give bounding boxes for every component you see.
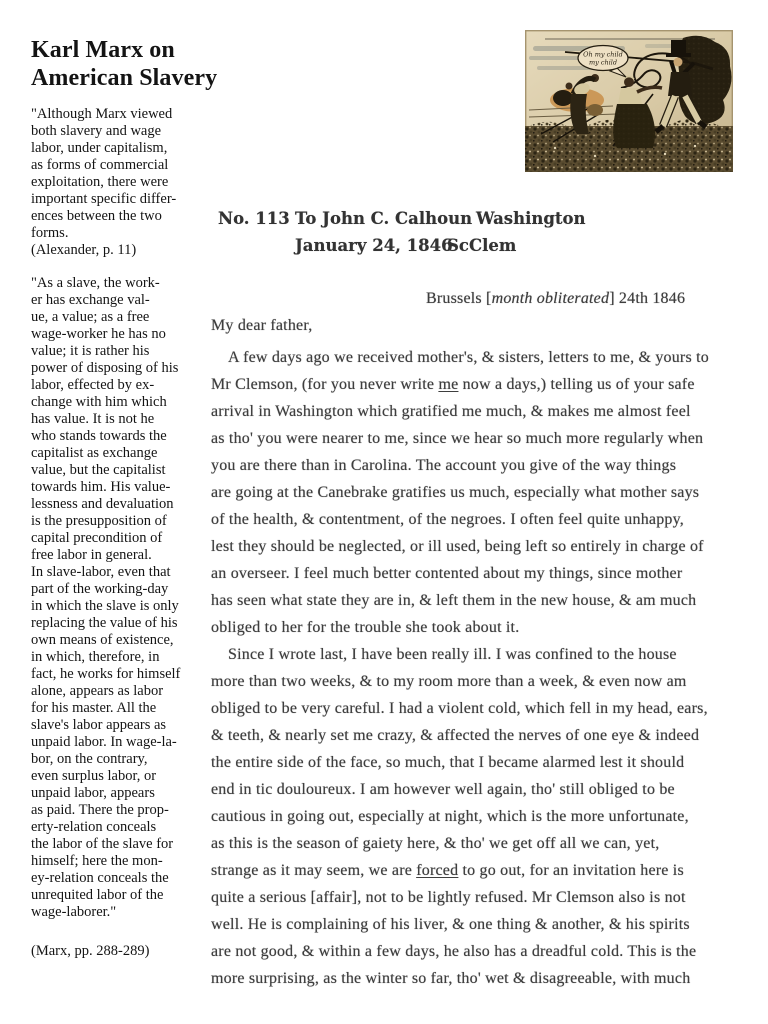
letter-date: January 24, 1846 [295,236,453,255]
letter-line: more than two weeks, & to my room more t… [211,668,768,695]
letter-text: lest they should be neglected, or ill us… [211,538,704,555]
letter-text: as this is the season of gaiety here, & … [211,835,659,852]
speech-bubble-line1: Oh my child [583,51,623,59]
letter-text: well. He is complaining of his liver, & … [211,916,690,933]
letter-source-code: ScClem [447,236,516,255]
dateline-rest: ] 24th 1846 [609,290,685,307]
letter-line: A few days ago we received mother's, & s… [211,344,768,371]
letter-salutation: My dear father, [211,317,312,335]
letter-text: the entire side of the face, so much, th… [211,754,684,771]
letter-line: Since I wrote last, I have been really i… [211,641,768,668]
citation-marx: (Marx, pp. 288-289) [31,943,213,960]
citation-alexander: (Alexander, p. 11) [31,242,213,259]
letter-line: quite a serious [affair], not to be ligh… [211,884,768,911]
page-title: Karl Marx on American Slavery [31,36,213,92]
letter-text: now a days,) telling us of your safe [458,376,694,393]
dateline-obliterated: month obliterated [492,290,610,307]
letter-text: Mr Clemson, (for you never write [211,376,438,393]
letter-text: to go out, for an invitation here is [458,862,684,879]
letter-line: has seen what state they are in, & left … [211,587,768,614]
letter-line: arrival in Washington which gratified me… [211,398,768,425]
letter-text: of the health, & contentment, of the neg… [211,511,684,528]
letter-text: A few days ago we received mother's, & s… [228,349,709,366]
letter-line: obliged to her for the trouble she took … [211,614,768,641]
sidebar: Karl Marx on American Slavery "Although … [31,36,213,960]
letter-place: Washington [476,209,586,228]
letter-text: as tho' you were nearer to me, since we … [211,430,703,447]
letter-line: obliged to be very careful. I had a viol… [211,695,768,722]
letter-text: obliged to her for the trouble she took … [211,619,519,636]
letter-line: well. He is complaining of his liver, & … [211,911,768,938]
dateline-place: Brussels [ [426,290,492,307]
engraving-svg: Oh my child my child [525,30,733,172]
letter-text: are going at the Canebrake gratifies us … [211,484,699,501]
letter-text: obliged to be very careful. I had a viol… [211,700,708,717]
underlined-word: forced [416,862,458,879]
letter-line: an overseer. I feel much better contente… [211,560,768,587]
letter-number: No. 113 [218,209,290,228]
letter-line: Mr Clemson, (for you never write me now … [211,371,768,398]
letter-dateline: Brussels [month obliterated] 24th 1846 [426,290,685,308]
letter-line: more surprising, as the winter so far, t… [211,965,768,992]
letter-text: are not good, & within a few days, he al… [211,943,696,960]
letter-text: arrival in Washington which gratified me… [211,403,691,420]
letter-body: A few days ago we received mother's, & s… [211,344,768,992]
letter-text: Since I wrote last, I have been really i… [228,646,677,663]
letter-text: cautious in going out, especially at nig… [211,808,689,825]
slavery-engraving-image: Oh my child my child [525,30,733,172]
letter-text: an overseer. I feel much better contente… [211,565,682,582]
speech-bubble-line2: my child [589,59,617,67]
letter-text: quite a serious [affair], not to be ligh… [211,889,686,906]
letter-recipient: To John C. Calhoun [295,209,472,228]
letter-line: as this is the season of gaiety here, & … [211,830,768,857]
letter-line: strange as it may seem, we are forced to… [211,857,768,884]
letter-line: the entire side of the face, so much, th… [211,749,768,776]
letter-text: more surprising, as the winter so far, t… [211,970,690,987]
letter-line: of the health, & contentment, of the neg… [211,506,768,533]
letter-line: lest they should be neglected, or ill us… [211,533,768,560]
letter-line: are not good, & within a few days, he al… [211,938,768,965]
letter-line: you are there than in Carolina. The acco… [211,452,768,479]
letter-line: cautious in going out, especially at nig… [211,803,768,830]
letter-line: end in tic douloureux. I am however well… [211,776,768,803]
underlined-word: me [438,376,458,393]
document-page: Karl Marx on American Slavery "Although … [0,0,768,1024]
letter-text: strange as it may seem, we are [211,862,416,879]
letter-text: you are there than in Carolina. The acco… [211,457,676,474]
letter-text: & teeth, & nearly set me crazy, & affect… [211,727,699,744]
quote-marx: "As a slave, the work- er has exchange v… [31,275,213,921]
letter-text: end in tic douloureux. I am however well… [211,781,675,798]
letter-text: has seen what state they are in, & left … [211,592,696,609]
letter-line: are going at the Canebrake gratifies us … [211,479,768,506]
top-hat [671,40,686,54]
letter-line: as tho' you were nearer to me, since we … [211,425,768,452]
letter-line: & teeth, & nearly set me crazy, & affect… [211,722,768,749]
quote-alexander: "Although Marx viewed both slavery and w… [31,106,213,242]
letter-text: more than two weeks, & to my room more t… [211,673,687,690]
sack [587,104,603,116]
